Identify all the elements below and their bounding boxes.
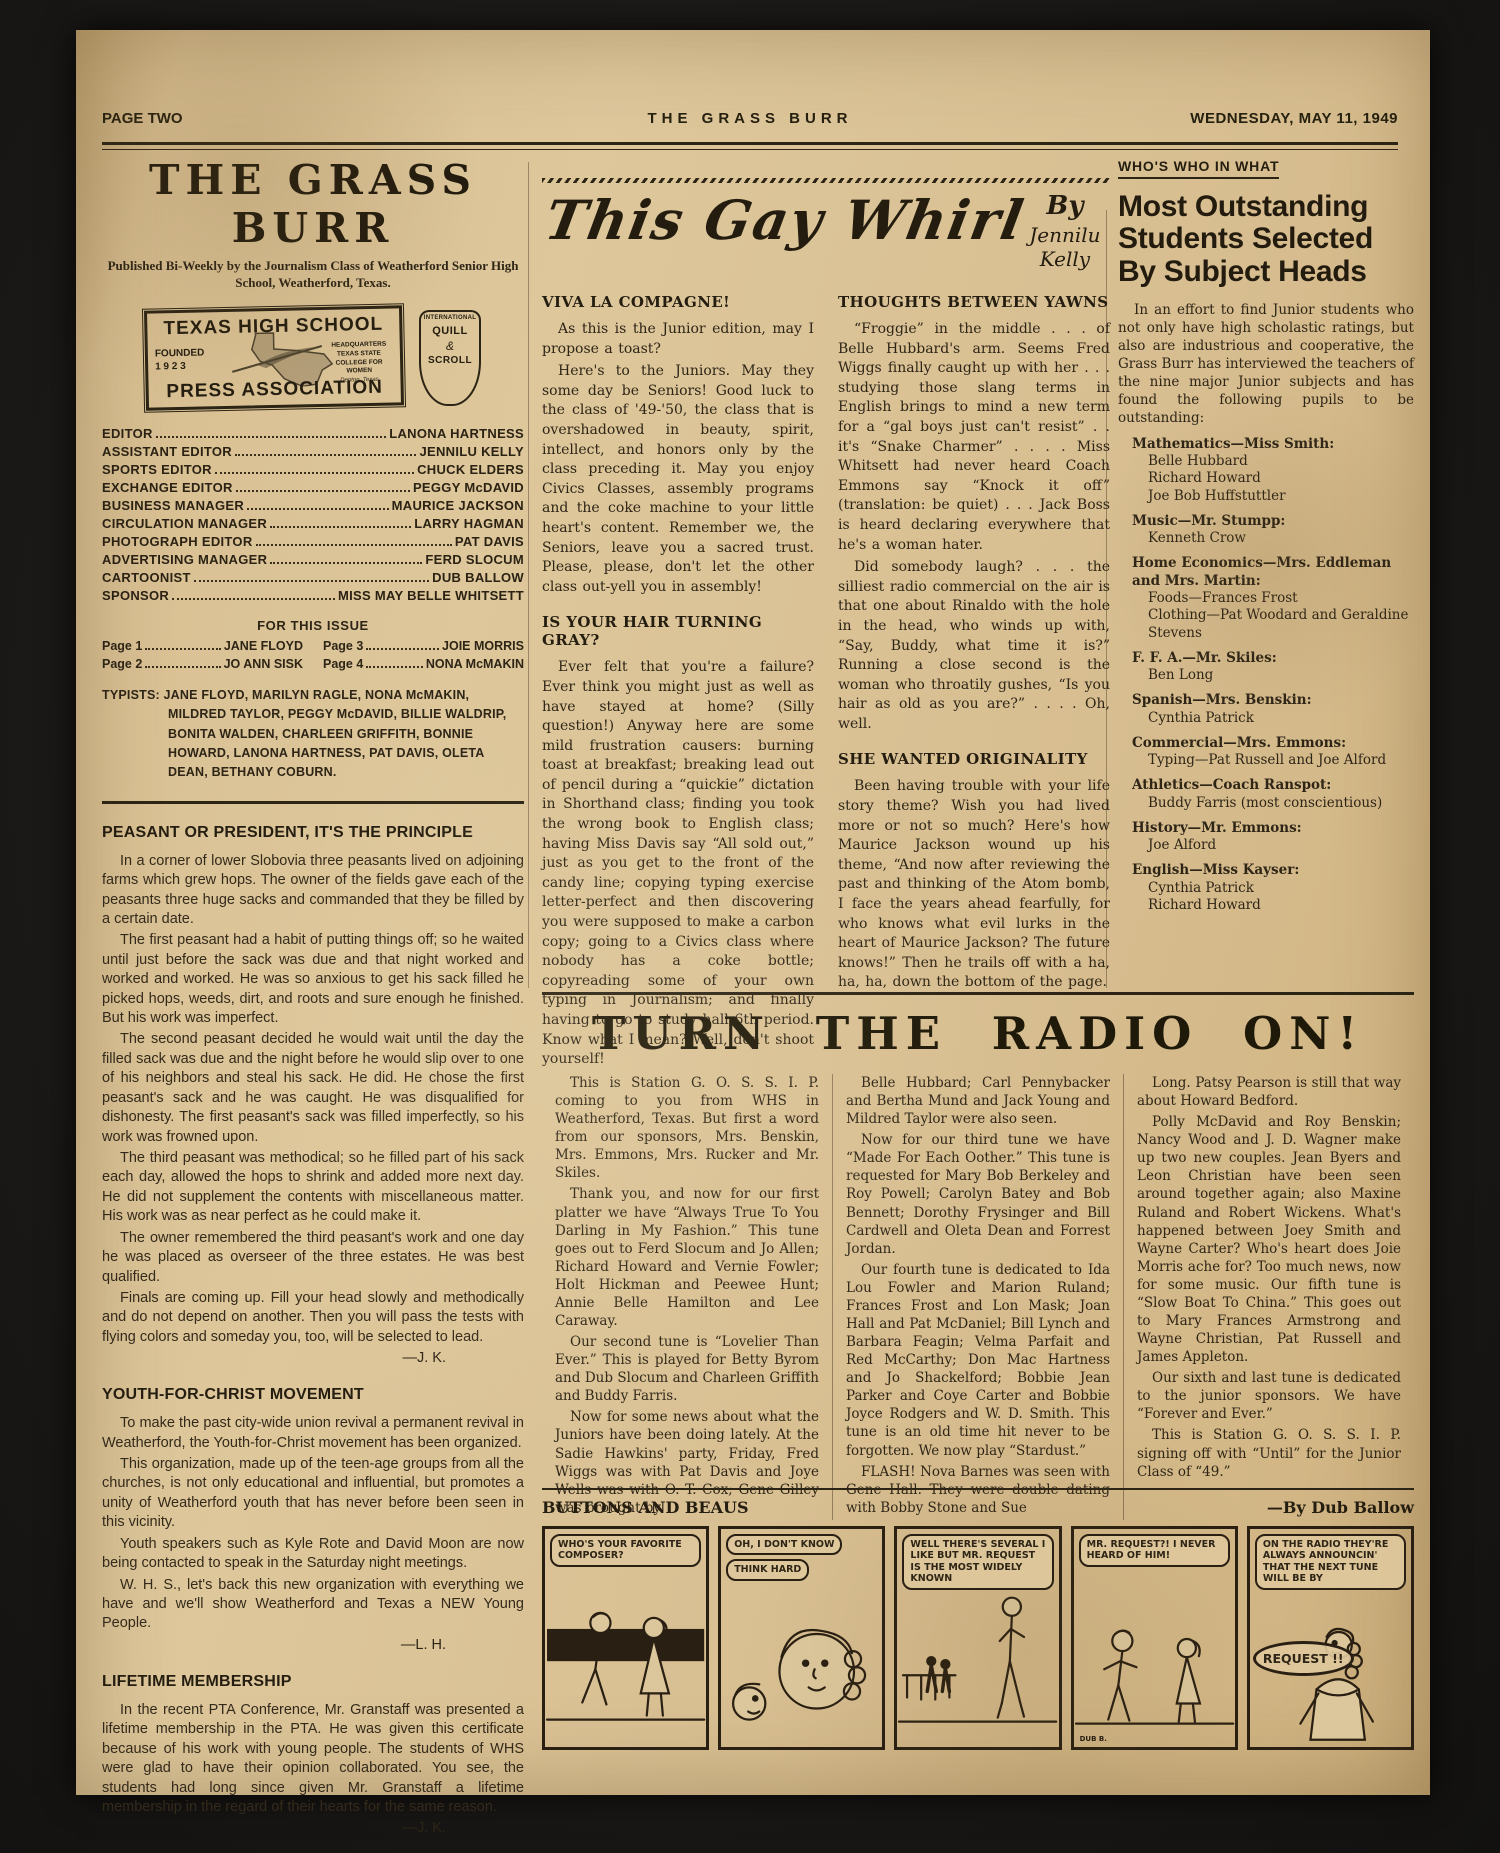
staff-name: FERD SLOCUM [425,552,524,567]
quill-badge-mid: QUILL [421,325,479,337]
article-paragraph: In the recent PTA Conference, Mr. Granst… [102,1701,524,1818]
subject-head: Spanish—Mrs. Benskin: [1118,692,1414,709]
whos-who-section: WHO'S WHO IN WHAT Most Outstanding Stude… [1118,156,1414,914]
dotted-leader [366,666,423,668]
staff-name: JENNILU KELLY [419,444,524,459]
item-heading: SHE WANTED ORIGINALITY [838,750,1110,768]
subject-names: Typing—Pat Russell and Joe Alford [1118,752,1414,769]
dotted-leader [145,666,220,668]
student-name: Cynthia Patrick [1118,880,1414,897]
radio-col-2: Belle Hubbard; Carl Pennybacker and Bert… [832,1074,1123,1520]
dotted-leader [247,508,389,510]
radio-paragraph: This is Station G. O. S. S. I. P. coming… [555,1074,819,1182]
student-name: Clothing—Pat Woodard and Geraldine Steve… [1118,607,1414,642]
hq-text: HEADQUARTERS TEXAS STATE COLLEGE FOR WOM… [323,340,396,377]
dotted-leader [194,580,429,582]
press-badge-bottom-text: PRESS ASSOCIATION [148,376,400,403]
speech-bubble: WHO'S YOUR FAVORITE COMPOSER? [550,1534,701,1567]
speech-bubble: WELL THERE'S SEVERAL I LIKE BUT MR. REQU… [902,1534,1053,1590]
staff-name: PAT DAVIS [455,534,524,549]
typists-credit: TYPISTS: JANE FLOYD, MARILYN RAGLE, NONA… [102,686,524,783]
article-paragraph: Finals are coming up. Fill your head slo… [102,1289,524,1347]
kicker: WHO'S WHO IN WHAT [1118,158,1279,179]
intro-paragraph: In an effort to find Junior students who… [1118,302,1414,428]
staff-name: MISS MAY BELLE WHITSETT [338,588,524,603]
founded-label: FOUNDED [155,346,215,360]
staff-name: LANONA HARTNESS [389,426,524,441]
radio-paragraph: Thank you, and now for our first platter… [555,1185,819,1330]
item-heading: IS YOUR HAIR TURNING GRAY? [542,613,814,649]
staff-role: ASSISTANT EDITOR [102,444,232,459]
staff-role: CIRCULATION MANAGER [102,516,267,531]
subject-head: Home Economics—Mrs. Eddleman and Mrs. Ma… [1118,555,1414,590]
item-body: “Froggie” in the middle . . . of Belle H… [838,320,1110,734]
item-paragraph: Been having trouble with your life story… [838,777,1110,993]
item-paragraph: “Froggie” in the middle . . . of Belle H… [838,320,1110,555]
radio-paragraph: Polly McDavid and Roy Benskin; Nancy Woo… [1137,1113,1401,1366]
speech-bubble-request: REQUEST !! [1253,1641,1354,1676]
comic-panel-4: MR. REQUEST?! I NEVER HEARD OF HIM! DUB … [1071,1526,1238,1750]
subject-head: F. F. A.—Mr. Skiles: [1118,650,1414,667]
subject-head: English—Miss Kayser: [1118,862,1414,879]
subject-names: Joe Alford [1118,837,1414,854]
article-heading: PEASANT OR PRESIDENT, IT'S THE PRINCIPLE [102,824,524,842]
dotted-leader [215,472,414,474]
student-name: Cynthia Patrick [1118,710,1414,727]
article-lifetime-membership: LIFETIME MEMBERSHIP In the recent PTA Co… [102,1673,524,1837]
student-name: Foods—Frances Frost [1118,590,1414,607]
header-rule [102,142,1398,150]
subject-head: Commercial—Mrs. Emmons: [1118,735,1414,752]
gay-whirl-section: This Gay Whirl By Jennilu Kelly VIVA LA … [542,178,1110,1073]
article-body: In the recent PTA Conference, Mr. Granst… [102,1701,524,1818]
item-body: As this is the Junior edition, may I pro… [542,320,814,597]
issue-name: JANE FLOYD [224,639,303,653]
article-paragraph: The owner remembered the third peasant's… [102,1229,524,1287]
staff-row: EXCHANGE EDITORPEGGY McDAVID [102,480,524,495]
staff-role: PHOTOGRAPH EDITOR [102,534,253,549]
masthead-title: THE GRASS BURR [102,156,524,252]
item-heading: THOUGHTS BETWEEN YAWNS [838,293,1110,311]
issue-page: Page 1 [102,639,142,653]
issue-entry: Page 2JO ANN SISK [102,657,303,671]
student-name: Richard Howard [1118,470,1414,487]
article-paragraph: In a corner of lower Slobovia three peas… [102,852,524,930]
article-signature: —J. K. [102,1350,524,1366]
student-name: Kenneth Crow [1118,530,1414,547]
item-heading: VIVA LA COMPAGNE! [542,293,814,311]
staff-row: EDITORLANONA HARTNESS [102,426,524,441]
article-body: To make the past city-wide union revival… [102,1414,524,1634]
comic-panel-2: OH, I DON'T KNOW THINK HARD [718,1526,885,1750]
quill-scroll-badge: INTERNATIONAL QUILL & SCROLL [419,310,481,406]
comic-byline: —By Dub Ballow [1267,1498,1414,1517]
page-number-label: PAGE TWO [102,110,507,127]
dotted-leader [236,490,410,492]
left-column: THE GRASS BURR Published Bi-Weekly by th… [102,156,524,1836]
issue-page: Page 2 [102,657,142,671]
radio-col-1: This is Station G. O. S. S. I. P. coming… [542,1074,832,1520]
issue-name: NONA McMAKIN [426,657,524,671]
staff-role: CARTOONIST [102,570,191,585]
radio-section: TURN THE RADIO ON! This is Station G. O.… [542,992,1414,1520]
subject-names: Cynthia Patrick [1118,710,1414,727]
masthead-subtitle: Published Bi-Weekly by the Journalism Cl… [102,258,524,292]
comic-panel-1: WHO'S YOUR FAVORITE COMPOSER? [542,1526,709,1750]
quill-badge-top: INTERNATIONAL [421,315,479,321]
staff-row: PHOTOGRAPH EDITORPAT DAVIS [102,534,524,549]
staff-role: EDITOR [102,426,153,441]
article-heading: LIFETIME MEMBERSHIP [102,1673,524,1691]
radio-columns: This is Station G. O. S. S. I. P. coming… [542,1074,1414,1520]
dotted-leader [270,562,422,564]
running-head: PAGE TWO THE GRASS BURR WEDNESDAY, MAY 1… [102,110,1398,127]
staff-name: LARRY HAGMAN [414,516,524,531]
subject-entry: Spanish—Mrs. Benskin:Cynthia Patrick [1118,692,1414,727]
issue-entry: Page 4NONA McMAKIN [323,657,524,671]
gay-whirl-header: This Gay Whirl By Jennilu Kelly [542,191,1110,277]
subject-head: History—Mr. Emmons: [1118,820,1414,837]
staff-role: SPORTS EDITOR [102,462,212,477]
radio-paragraph: Now for our third tune we have “Made For… [846,1131,1110,1258]
student-name: Belle Hubbard [1118,453,1414,470]
press-badge-founded: FOUNDED 1 9 2 3 [155,346,216,373]
radio-headline: TURN THE RADIO ON! [542,1007,1414,1060]
speech-bubble: THINK HARD [726,1559,809,1580]
speech-bubble: MR. REQUEST?! I NEVER HEARD OF HIM! [1079,1534,1230,1567]
for-this-issue-title: FOR THIS ISSUE [102,618,524,633]
radio-paragraph: Our second tune is “Lovelier Than Ever.”… [555,1333,819,1405]
subject-names: Buddy Farris (most conscientious) [1118,795,1414,812]
radio-paragraph: Long. Patsy Pearson is still that way ab… [1137,1074,1401,1110]
article-paragraph: The second peasant decided he would wait… [102,1030,524,1147]
for-this-issue-grid: Page 1JANE FLOYD Page 3JOIE MORRIS Page … [102,639,524,671]
staff-name: DUB BALLOW [432,570,524,585]
issue-page: Page 3 [323,639,363,653]
staff-name: MAURICE JACKSON [392,498,524,513]
student-name: Joe Bob Huffstuttler [1118,488,1414,505]
radio-col-3: Long. Patsy Pearson is still that way ab… [1123,1074,1414,1520]
dotted-leader [235,454,416,456]
item-body: Been having trouble with your life story… [838,777,1110,993]
gay-whirl-col-2: THOUGHTS BETWEEN YAWNS “Froggie” in the … [838,277,1110,1073]
issue-entry: Page 3JOIE MORRIS [323,639,524,653]
article-paragraph: The third peasant was methodical; so he … [102,1149,524,1227]
article-signature: —J. K. [102,1820,524,1836]
staff-role: SPONSOR [102,588,169,603]
issue-page: Page 4 [323,657,363,671]
zigzag-rule [542,178,1110,183]
dotted-leader [270,526,411,528]
subject-names: Ben Long [1118,667,1414,684]
subject-entry: Commercial—Mrs. Emmons:Typing—Pat Russel… [1118,735,1414,770]
item-paragraph: Did somebody laugh? . . . the silliest r… [838,558,1110,734]
article-peasant-or-president: PEASANT OR PRESIDENT, IT'S THE PRINCIPLE… [102,824,524,1367]
artist-signature: DUB B. [1080,1735,1107,1743]
subject-entry: English—Miss Kayser:Cynthia PatrickRicha… [1118,862,1414,914]
subject-entry: Athletics—Coach Ranspot:Buddy Farris (mo… [1118,777,1414,812]
article-paragraph: To make the past city-wide union revival… [102,1414,524,1453]
dotted-leader [366,648,439,650]
issue-name: JOIE MORRIS [442,639,524,653]
staff-row: ADVERTISING MANAGERFERD SLOCUM [102,552,524,567]
subject-entry: Music—Mr. Stumpp:Kenneth Crow [1118,513,1414,548]
staff-name: PEGGY McDAVID [413,480,524,495]
student-name: Joe Alford [1118,837,1414,854]
gay-whirl-col-1: VIVA LA COMPAGNE! As this is the Junior … [542,277,814,1073]
dotted-leader [172,598,335,600]
comic-header: BUTTONS AND BEAUS —By Dub Ballow [542,1498,1414,1517]
subject-names: Cynthia PatrickRichard Howard [1118,880,1414,915]
radio-paragraph: This is Station G. O. S. S. I. P. signin… [1137,1426,1401,1480]
article-paragraph: Youth speakers such as Kyle Rote and Dav… [102,1535,524,1574]
subject-entry: F. F. A.—Mr. Skiles:Ben Long [1118,650,1414,685]
article-youth-for-christ: YOUTH-FOR-CHRIST MOVEMENT To make the pa… [102,1386,524,1653]
subject-head: Athletics—Coach Ranspot: [1118,777,1414,794]
subject-entry: Home Economics—Mrs. Eddleman and Mrs. Ma… [1118,555,1414,641]
item-paragraph: Here's to the Juniors. May they some day… [542,362,814,597]
staff-row: SPONSORMISS MAY BELLE WHITSETT [102,588,524,603]
article-paragraph: This organization, made up of the teen-a… [102,1455,524,1533]
student-name: Ben Long [1118,667,1414,684]
staff-role: EXCHANGE EDITOR [102,480,233,495]
article-paragraph: The first peasant had a habit of putting… [102,931,524,1028]
staff-row: CIRCULATION MANAGERLARRY HAGMAN [102,516,524,531]
quill-badge-bottom: SCROLL [421,355,479,366]
staff-row: BUSINESS MANAGERMAURICE JACKSON [102,498,524,513]
speech-bubble: OH, I DON'T KNOW [726,1534,842,1555]
subject-names: Foods—Frances FrostClothing—Pat Woodard … [1118,590,1414,642]
comic-strip: WHO'S YOUR FAVORITE COMPOSER? [542,1526,1414,1750]
masthead-badges: TEXAS HIGH SCHOOL FOUNDED 1 9 2 3 HEADQU… [102,306,524,410]
issue-entry: Page 1JANE FLOYD [102,639,303,653]
by-label: By [1024,191,1106,221]
subject-head: Music—Mr. Stumpp: [1118,513,1414,530]
staff-role: ADVERTISING MANAGER [102,552,267,567]
radio-paragraph: Our sixth and last tune is dedicated to … [1137,1369,1401,1423]
speech-bubble: ON THE RADIO THEY'RE ALWAYS ANNOUNCIN' T… [1255,1534,1406,1590]
student-name: Typing—Pat Russell and Joe Alford [1118,752,1414,769]
staff-role: BUSINESS MANAGER [102,498,244,513]
quill-badge-amp: & [421,339,479,353]
subject-names: Kenneth Crow [1118,530,1414,547]
newspaper-page: PAGE TWO THE GRASS BURR WEDNESDAY, MAY 1… [76,30,1430,1795]
headline: Most Outstanding Students Selected By Su… [1118,191,1414,288]
dotted-leader [256,544,452,546]
byline: By Jennilu Kelly [1024,191,1106,271]
intro: In an effort to find Junior students who… [1118,302,1414,428]
issue-date: WEDNESDAY, MAY 11, 1949 [993,110,1398,127]
student-name: Buddy Farris (most conscientious) [1118,795,1414,812]
dotted-leader [156,436,387,438]
dotted-leader [145,648,221,650]
comic-panel-5: ON THE RADIO THEY'RE ALWAYS ANNOUNCIN' T… [1247,1526,1414,1750]
column-title-script: This Gay Whirl [541,191,1029,250]
radio-paragraph: Belle Hubbard; Carl Pennybacker and Bert… [846,1074,1110,1128]
subject-head: Mathematics—Miss Smith: [1118,436,1414,453]
article-paragraph: W. H. S., let's back this new organizati… [102,1576,524,1634]
student-name: Richard Howard [1118,897,1414,914]
paper-name: THE GRASS BURR [507,110,993,127]
subject-names: Belle HubbardRichard HowardJoe Bob Huffs… [1118,453,1414,505]
section-rule [102,801,524,804]
staff-name: CHUCK ELDERS [417,462,524,477]
comic-panel-3: WELL THERE'S SEVERAL I LIKE BUT MR. REQU… [894,1526,1061,1750]
comic-title: BUTTONS AND BEAUS [542,1498,749,1517]
column-divider [528,162,529,988]
staff-list: EDITORLANONA HARTNESS ASSISTANT EDITORJE… [102,426,524,603]
founded-year: 1 9 2 3 [155,359,215,373]
radio-paragraph: Our fourth tune is dedicated to Ida Lou … [846,1261,1110,1460]
staff-row: CARTOONISTDUB BALLOW [102,570,524,585]
subject-entry: Mathematics—Miss Smith:Belle HubbardRich… [1118,436,1414,505]
gay-whirl-columns: VIVA LA COMPAGNE! As this is the Junior … [542,277,1110,1073]
by-name: Jennilu Kelly [1024,223,1106,271]
issue-name: JO ANN SISK [224,657,303,671]
comic-section: BUTTONS AND BEAUS —By Dub Ballow [542,1488,1414,1750]
press-association-badge: TEXAS HIGH SCHOOL FOUNDED 1 9 2 3 HEADQU… [144,305,404,410]
article-signature: —L. H. [102,1637,524,1653]
article-body: In a corner of lower Slobovia three peas… [102,852,524,1348]
staff-row: SPORTS EDITORCHUCK ELDERS [102,462,524,477]
article-heading: YOUTH-FOR-CHRIST MOVEMENT [102,1386,524,1404]
subject-entry: History—Mr. Emmons:Joe Alford [1118,820,1414,855]
item-paragraph: As this is the Junior edition, may I pro… [542,320,814,359]
staff-row: ASSISTANT EDITORJENNILU KELLY [102,444,524,459]
